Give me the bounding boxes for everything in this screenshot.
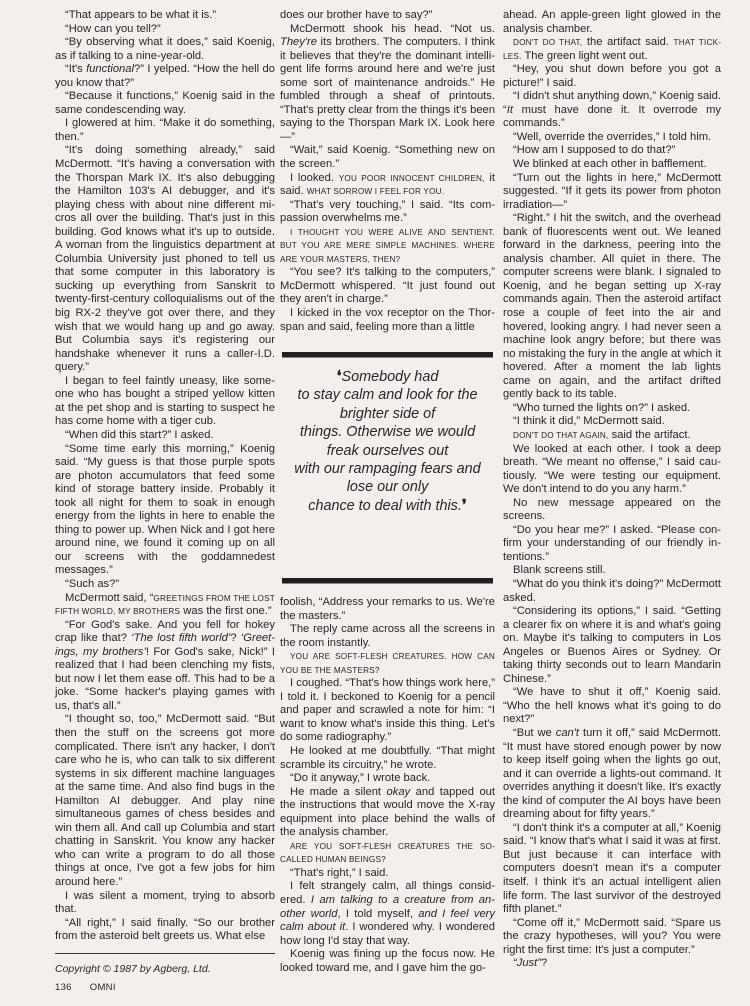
- paragraph: Don't do that again, said the artifact.: [503, 429, 721, 443]
- text-run: must have done it. It overrode my comman…: [503, 104, 721, 130]
- paragraph: I began to feel faintly uneasy, like som…: [55, 375, 275, 429]
- text-run: , I told myself,: [338, 908, 419, 920]
- paragraph: Blank screens still.: [503, 564, 721, 578]
- text-run: “It's: [65, 63, 86, 75]
- paragraph: “Such as?”: [55, 578, 275, 592]
- article-column-middle-top: does our brother have to say?” McDermott…: [280, 9, 495, 334]
- paragraph: “Because it functions,” Koenig said in t…: [55, 90, 275, 117]
- paragraph: does our brother have to say?”: [280, 9, 495, 23]
- italic-text: “Just”: [513, 957, 541, 969]
- text-run: was the first one.”: [180, 605, 271, 617]
- paragraph: I coughed. “That's how things work here,…: [280, 677, 495, 745]
- screen-message: Don't do that,: [513, 38, 582, 47]
- copyright-notice: Copyright © 1987 by Agberg, Ltd.: [55, 963, 275, 977]
- magazine-page: “That appears to be what it is.” “How ca…: [0, 0, 750, 1006]
- paragraph: McDermott shook his head. “Not us. They'…: [280, 23, 495, 145]
- pull-quote: ❛Somebody had to stay calm and look for …: [282, 368, 493, 515]
- paragraph: I kicked in the vox receptor on the Thor…: [280, 307, 495, 334]
- paragraph: “Do you hear me?” I asked. “Please con­f…: [503, 524, 721, 565]
- paragraph: ahead. An apple-green light glowed in th…: [503, 9, 721, 36]
- paragraph: “I don't think it's a computer at all,” …: [503, 822, 721, 917]
- screen-message: Don't do that again,: [513, 431, 609, 440]
- paragraph: “It's doing something already,” said McD…: [55, 144, 275, 374]
- text-run: its brothers. The computers. I think it …: [280, 36, 495, 143]
- italic-text: ‘The lost fifth world’: [131, 632, 230, 644]
- pull-quote-line: lose our only: [347, 479, 429, 495]
- paragraph: I looked. You poor innocent children, it…: [280, 172, 495, 199]
- paragraph: Koenig was fining up the focus now. He l…: [280, 948, 495, 975]
- article-column-middle-bottom: foolish, “Address your remarks to us. We…: [280, 596, 495, 975]
- paragraph: “All right,” I said finally. “So our bro…: [55, 917, 275, 944]
- text-run: He made a silent: [290, 786, 387, 798]
- paragraph: “I thought so, too,” McDermott said. “Bu…: [55, 713, 275, 889]
- paragraph: “You see? It's talking to the computers,…: [280, 266, 495, 307]
- text-run: ?: [541, 957, 547, 969]
- page-number: 136: [55, 982, 72, 993]
- pull-quote-line: things. Otherwise we would: [300, 424, 475, 440]
- paragraph: “When did this start?” I asked.: [55, 429, 275, 443]
- paragraph: “I didn't shut anything down,” Koenig sa…: [503, 90, 721, 131]
- paragraph: “Do it anyway,” I wrote back.: [280, 772, 495, 786]
- paragraph: He made a silent okay and tapped out the…: [280, 786, 495, 840]
- text-run: ?: [230, 632, 240, 644]
- paragraph: “But we can't turn it off,” said Mc­Derm…: [503, 727, 721, 822]
- pull-quote-line: to stay calm and look for the: [298, 387, 478, 403]
- magazine-name: OMNI: [90, 982, 116, 993]
- paragraph: foolish, “Address your remarks to us. We…: [280, 596, 495, 623]
- close-quote-icon: ❜: [462, 497, 467, 514]
- paragraph: The reply came across all the screens in…: [280, 623, 495, 650]
- paragraph: No new message appeared on the screens.: [503, 497, 721, 524]
- paragraph: “That's right,” I said.: [280, 867, 495, 881]
- text-run: “But we: [513, 727, 556, 739]
- paragraph: “Turn out the lights in here,” McDermott…: [503, 172, 721, 213]
- folio: 136OMNI: [55, 981, 275, 995]
- paragraph: “I think it did,” McDermott said.: [503, 415, 721, 429]
- paragraph: I thought you were alive and sentient. B…: [280, 226, 495, 267]
- italic-text: okay: [387, 786, 411, 798]
- paragraph: He looked at me doubtfully. “That might …: [280, 745, 495, 772]
- paragraph: Don't do that, the artifact said. That t…: [503, 36, 721, 63]
- text-run: the artifact said.: [582, 36, 673, 48]
- pull-quote-top-bar: [282, 352, 493, 357]
- paragraph: Are you soft-flesh creatures the so-call…: [280, 840, 495, 867]
- italic-text: can't: [556, 727, 579, 739]
- text-run: The green light went out.: [522, 50, 648, 62]
- paragraph: We blinked at each other in bafflement.: [503, 158, 721, 172]
- paragraph: McDermott said, “Greetings from the lost…: [55, 592, 275, 619]
- footer-divider: [55, 953, 275, 954]
- paragraph: “Who turned the lights on?” I asked.: [503, 402, 721, 416]
- paragraph: “Well, override the overrides,” I told h…: [503, 131, 721, 145]
- pull-quote-line: brighter side of: [340, 406, 435, 422]
- paragraph: “That's very touching,” I said. “Its com…: [280, 199, 495, 226]
- screen-message: You poor innocent children,: [339, 174, 485, 183]
- paragraph: “How am I supposed to do that?”: [503, 144, 721, 158]
- paragraph: “Hey, you shut down before you got a pic…: [503, 63, 721, 90]
- pull-quote-line: chance to deal with this.: [308, 498, 462, 514]
- paragraph: “It's functional?” I yelped. “How the he…: [55, 63, 275, 90]
- paragraph: “Wait,” said Koenig. “Something new on t…: [280, 144, 495, 171]
- italic-text: functional: [86, 63, 134, 75]
- text-run: McDermott said, “: [65, 592, 153, 604]
- paragraph: “How can you tell?”: [55, 23, 275, 37]
- paragraph: “For God's sake. And you fell for hokey …: [55, 619, 275, 714]
- paragraph: “Come off it,” McDermott said. “Spare us…: [503, 917, 721, 958]
- text-run: McDermott shook his head. “Not us.: [290, 23, 495, 35]
- paragraph: “That appears to be what it is.”: [55, 9, 275, 23]
- text-run: I looked.: [290, 172, 339, 184]
- paragraph: “What do you think it's doing?” Mc­Dermo…: [503, 578, 721, 605]
- screen-message: What sorrow I feel for you.: [307, 187, 444, 196]
- paragraph: I glowered at him. “Make it do some­thin…: [55, 117, 275, 144]
- pull-quote-line: Somebody had: [342, 369, 439, 385]
- paragraph: We looked at each other. I took a deep b…: [503, 443, 721, 497]
- text-run: turn it off,” said Mc­Dermott. “It must …: [503, 727, 721, 820]
- paragraph: I felt strangely calm, all things consid…: [280, 880, 495, 948]
- paragraph: “We have to shut it off,” Koenig said. “…: [503, 686, 721, 727]
- article-column-left: “That appears to be what it is.” “How ca…: [55, 9, 275, 995]
- pull-quote-line: with our rampaging fears and: [294, 461, 480, 477]
- paragraph: “Some time early this morning,” Koenig s…: [55, 443, 275, 578]
- italic-text: They're: [280, 36, 317, 48]
- pull-quote-line: freak ourselves out: [327, 443, 449, 459]
- pull-quote-bottom-bar: [282, 578, 493, 583]
- paragraph: “Considering its options,” I said. “Get­…: [503, 605, 721, 686]
- paragraph: “Just”?: [503, 957, 721, 971]
- paragraph: I was silent a moment, trying to absorb …: [55, 890, 275, 917]
- text-run: said the artifact.: [609, 429, 691, 441]
- paragraph: “Right.” I hit the switch, and the over­…: [503, 212, 721, 402]
- article-column-right: ahead. An apple-green light glowed in th…: [503, 9, 721, 971]
- paragraph: “By observing what it does,” said Koe­ni…: [55, 36, 275, 63]
- paragraph: You are soft-flesh creatures. How can yo…: [280, 650, 495, 677]
